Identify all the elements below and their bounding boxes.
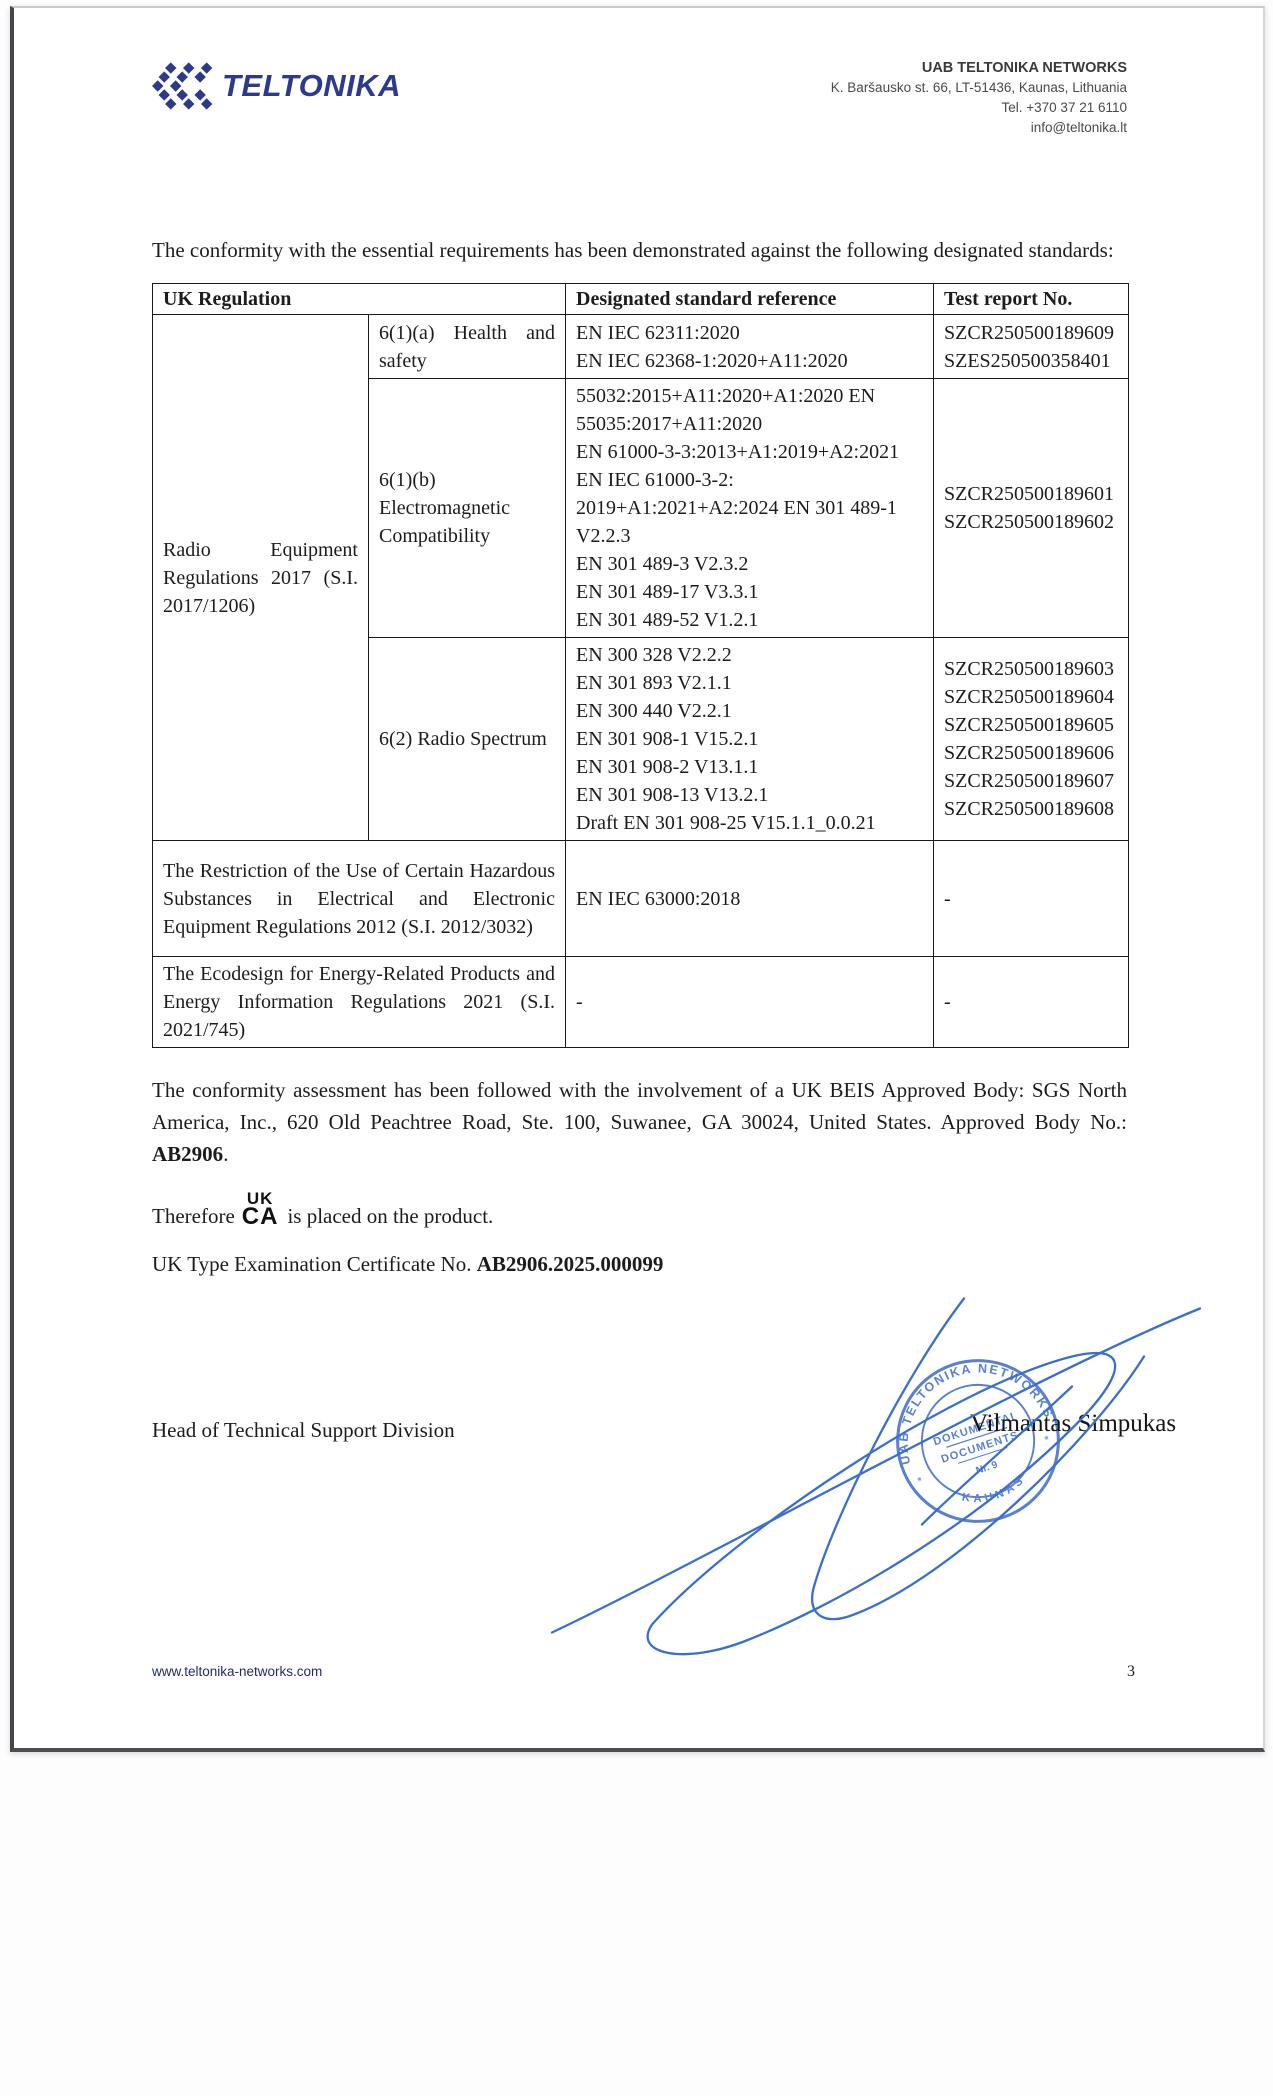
- company-address: K. Baršausko st. 66, LT-51436, Kaunas, L…: [831, 78, 1127, 98]
- regulation-cell: The Ecodesign for Energy-Related Product…: [153, 957, 566, 1048]
- table-header-row: UK Regulation Designated standard refere…: [153, 284, 1129, 315]
- ukca-mark-bottom: CA: [242, 1206, 279, 1228]
- regulation-group-cell: Radio Equipment Regulations 2017 (S.I. 2…: [153, 315, 369, 841]
- standards-cell: EN IEC 63000:2018: [566, 841, 934, 957]
- company-email: info@teltonika.lt: [831, 118, 1127, 138]
- stamp-bottom-text: KAUNAS: [958, 1471, 1032, 1513]
- clause-cell: 6(1)(a) Health and safety: [369, 315, 566, 379]
- therefore-prefix: Therefore: [152, 1200, 235, 1232]
- approved-body-number: AB2906: [152, 1142, 223, 1166]
- th-uk-regulation: UK Regulation: [153, 284, 566, 315]
- regulation-cell: The Restriction of the Use of Certain Ha…: [153, 841, 566, 957]
- certificate-line: UK Type Examination Certificate No. AB29…: [152, 1248, 1127, 1280]
- signature-strokes: [532, 1292, 1232, 1657]
- ukca-mark: UK CA: [242, 1191, 279, 1228]
- table-row: Radio Equipment Regulations 2017 (S.I. 2…: [153, 315, 1129, 379]
- document-page: TELTONIKA UAB TELTONIKA NETWORKS K. Barš…: [10, 6, 1265, 1752]
- logo-chevrons-icon: [152, 62, 214, 110]
- standards-cell: -: [566, 957, 934, 1048]
- assessment-paragraph: The conformity assessment has been follo…: [152, 1074, 1127, 1170]
- page-header: TELTONIKA UAB TELTONIKA NETWORKS K. Barš…: [152, 8, 1127, 138]
- stamp-inner-line3: Nr. 9: [975, 1459, 1000, 1476]
- assessment-period: .: [223, 1142, 228, 1166]
- th-standard-reference: Designated standard reference: [566, 284, 934, 315]
- signatory-role: Head of Technical Support Division: [152, 1418, 455, 1443]
- clause-cell: 6(1)(b) Electromagnetic Compatibility: [369, 379, 566, 638]
- teltonika-logo: TELTONIKA: [152, 62, 401, 110]
- standards-cell: EN 300 328 V2.2.2 EN 301 893 V2.1.1 EN 3…: [566, 638, 934, 841]
- footer-url: www.teltonika-networks.com: [152, 1664, 322, 1679]
- signatory-name: Vilmantas Simpukas: [970, 1410, 1176, 1438]
- svg-text:KAUNAS: KAUNAS: [958, 1471, 1032, 1513]
- company-stamp: UAB TELTONIKA NETWORKS KAUNAS * * DOKUME…: [887, 1350, 1069, 1532]
- reports-cell: SZCR250500189601 SZCR250500189602: [934, 379, 1129, 638]
- page-footer: www.teltonika-networks.com 3: [152, 1663, 1135, 1681]
- therefore-suffix: is placed on the product.: [287, 1200, 493, 1232]
- company-phone: Tel. +370 37 21 6110: [831, 98, 1127, 118]
- intro-paragraph: The conformity with the essential requir…: [152, 234, 1127, 266]
- therefore-line: Therefore UK CA is placed on the product…: [152, 1200, 1127, 1232]
- standards-cell: 55032:2015+A11:2020+A1:2020 EN 55035:201…: [566, 379, 934, 638]
- page-number: 3: [1127, 1663, 1135, 1681]
- reports-cell: SZCR250500189603 SZCR250500189604 SZCR25…: [934, 638, 1129, 841]
- company-info: UAB TELTONIKA NETWORKS K. Baršausko st. …: [831, 58, 1127, 138]
- reports-cell: -: [934, 957, 1129, 1048]
- standards-table: UK Regulation Designated standard refere…: [152, 283, 1129, 1048]
- reports-cell: -: [934, 841, 1129, 957]
- certificate-label: UK Type Examination Certificate No.: [152, 1252, 477, 1276]
- standards-cell: EN IEC 62311:2020 EN IEC 62368-1:2020+A1…: [566, 315, 934, 379]
- reports-cell: SZCR250500189609 SZES250500358401: [934, 315, 1129, 379]
- assessment-text: The conformity assessment has been follo…: [152, 1078, 1127, 1134]
- table-row: The Ecodesign for Energy-Related Product…: [153, 957, 1129, 1048]
- clause-cell: 6(2) Radio Spectrum: [369, 638, 566, 841]
- signature-block: Head of Technical Support Division UAB T…: [152, 1310, 1127, 1660]
- table-row: The Restriction of the Use of Certain Ha…: [153, 841, 1129, 957]
- stamp-star-left: *: [916, 1474, 925, 1489]
- th-test-report: Test report No.: [934, 284, 1129, 315]
- certificate-number: AB2906.2025.000099: [477, 1252, 664, 1276]
- company-name: UAB TELTONIKA NETWORKS: [831, 58, 1127, 78]
- logo-text: TELTONIKA: [222, 68, 401, 104]
